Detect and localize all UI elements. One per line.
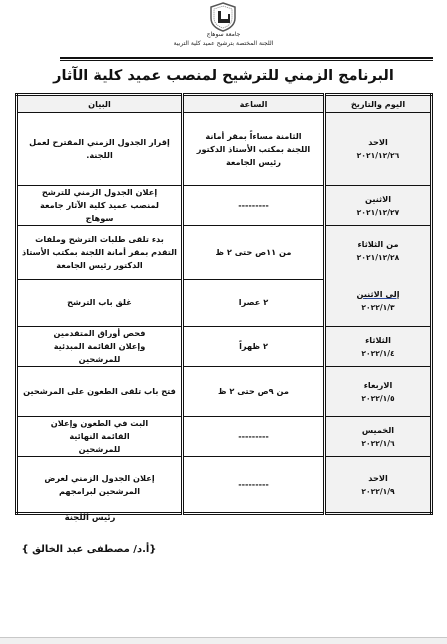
table-row: الاثنين٢٠٢١/١٢/٢٧ --------- إعلان الجدول…	[17, 186, 432, 226]
time-cell: من ١١ص حتى ٢ ظ	[183, 226, 325, 280]
document-title: البرنامج الزمني للترشيح لمنصب عميد كلية …	[30, 66, 417, 86]
column-header-date: اليوم والتاريخ	[325, 95, 432, 113]
date-label: ٢٠٢٢/١/٣	[329, 301, 427, 314]
time-cell: من ٩ص حتى ٢ ظ	[183, 367, 325, 417]
day-label: من الثلاثاء	[329, 238, 427, 251]
date-cell: الخميس٢٠٢٢/١/٦	[325, 417, 432, 457]
time-cell: ٢ ظهراً	[183, 327, 325, 367]
date-label: ٢٠٢٢/١/٤	[329, 347, 427, 360]
date-cell: الاثنين٢٠٢١/١٢/٢٧	[325, 186, 432, 226]
committee-name: اللجنة المختصة بترشيح عميد كلية التربية	[0, 40, 447, 48]
day-label: الاثنين	[329, 193, 427, 206]
date-label: ٢٠٢١/١٢/٢٦	[329, 149, 427, 162]
time-cell: ---------	[183, 417, 325, 457]
date-cell: الاحد٢٠٢١/١٢/٢٦	[325, 113, 432, 186]
description-cell: بدء تلقى طلبات الترشح وملفات التقدم بمقر…	[17, 226, 183, 280]
date-cell: الاحد٢٠٢٢/١/٩	[325, 457, 432, 514]
committee-chair-label: رئيس اللجنة	[55, 513, 125, 523]
day-label: الاحد	[329, 136, 427, 149]
viewer-bottom-bar	[0, 637, 447, 644]
time-cell: الثامنة مساءاً بمقر أمانة اللجنة بمكتب ا…	[183, 113, 325, 186]
date-label: ٢٠٢١/١٢/٢٧	[329, 206, 427, 219]
day-label: الاحد	[329, 472, 427, 485]
date-label: ٢٠٢٢/١/٦	[329, 437, 427, 450]
table-row: الخميس٢٠٢٢/١/٦ --------- البت في الطعون …	[17, 417, 432, 457]
table-header-row: اليوم والتاريخ الساعة البيان	[17, 95, 432, 113]
table-row: الاربعاء٢٠٢٢/١/٥ من ٩ص حتى ٢ ظ فتح باب ت…	[17, 367, 432, 417]
description-cell: إقرار الجدول الزمني المقترح لعمل اللجنة.	[17, 113, 183, 186]
description-cell: فحص أوراق المتقدمين وإعلان القائمة المبد…	[17, 327, 183, 367]
table-row: من الثلاثاء ٢٠٢١/١٢/٢٨ إلى الاثنين ٢٠٢٢/…	[17, 226, 432, 280]
university-name: جامعة سوهاج	[0, 31, 447, 39]
date-label: ٢٠٢١/١٢/٢٨	[329, 251, 427, 264]
time-cell: ---------	[183, 186, 325, 226]
column-header-time: الساعة	[183, 95, 325, 113]
table-row: الاحد٢٠٢٢/١/٩ --------- إعلان الجدول الز…	[17, 457, 432, 514]
time-cell: ٢ عصرا	[183, 279, 325, 326]
sohag-university-crest-icon	[208, 2, 238, 32]
description-cell: إعلان الجدول الزمني للترشح لمنصب عميد كل…	[17, 186, 183, 226]
table-row: الاحد٢٠٢١/١٢/٢٦ الثامنة مساءاً بمقر أمان…	[17, 113, 432, 186]
date-label: ٢٠٢٢/١/٩	[329, 485, 427, 498]
day-label: الثلاثاء	[329, 334, 427, 347]
committee-chair-name: {أ.د/ مصطفى عبد الخالق }	[14, 544, 164, 555]
date-label: ٢٠٢٢/١/٥	[329, 392, 427, 405]
date-cell: الاربعاء٢٠٢٢/١/٥	[325, 367, 432, 417]
table-row: الثلاثاء٢٠٢٢/١/٤ ٢ ظهراً فحص أوراق المتق…	[17, 327, 432, 367]
schedule-table: اليوم والتاريخ الساعة البيان الاحد٢٠٢١/١…	[15, 93, 433, 515]
column-header-description: البيان	[17, 95, 183, 113]
day-label: الخميس	[329, 424, 427, 437]
description-cell: البت في الطعون وإعلان القائمة النهائية ل…	[17, 417, 183, 457]
date-range-cell: من الثلاثاء ٢٠٢١/١٢/٢٨ إلى الاثنين ٢٠٢٢/…	[325, 226, 432, 327]
day-label: الاربعاء	[329, 379, 427, 392]
date-cell: الثلاثاء٢٠٢٢/١/٤	[325, 327, 432, 367]
description-cell: إعلان الجدول الزمني لعرض المرشحين لبرامج…	[17, 457, 183, 514]
header-divider	[60, 57, 433, 61]
time-cell: ---------	[183, 457, 325, 514]
description-cell: فتح باب تلقى الطعون على المرشحين	[17, 367, 183, 417]
day-label: إلى الاثنين	[329, 288, 427, 301]
description-cell: غلق باب الترشح	[17, 279, 183, 326]
